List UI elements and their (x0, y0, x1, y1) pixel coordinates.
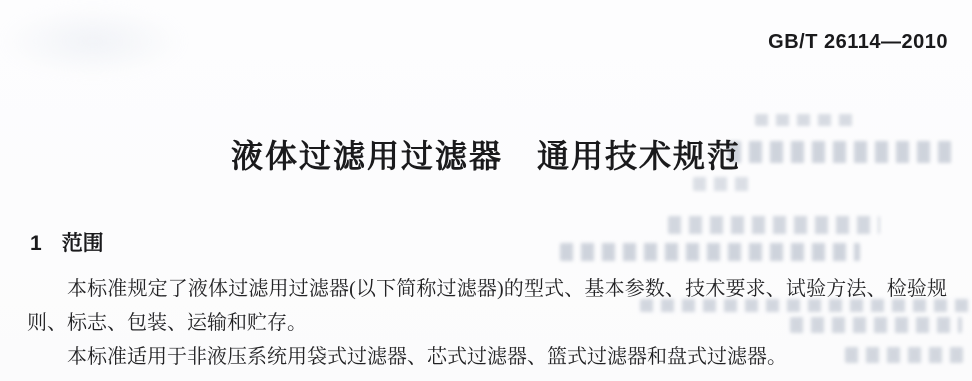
document-page: GB/T 26114—2010 液体过滤用过滤器 通用技术规范 1范围 本标准规… (0, 0, 972, 381)
document-title: 液体过滤用过滤器 通用技术规范 (0, 131, 972, 177)
section-number: 1 (30, 232, 42, 255)
scope-paragraph-1: 本标准规定了液体过滤用过滤器(以下简称过滤器)的型式、基本参数、技术要求、试验方… (27, 272, 947, 340)
bleed-through-ghost (560, 243, 860, 261)
scope-body: 本标准规定了液体过滤用过滤器(以下简称过滤器)的型式、基本参数、技术要求、试验方… (27, 272, 947, 374)
bleed-through-ghost (755, 114, 855, 126)
bleed-through-ghost (668, 216, 880, 234)
standard-number: GB/T 26114—2010 (768, 31, 948, 54)
scope-paragraph-2: 本标准适用于非液压系统用袋式过滤器、芯式过滤器、篮式过滤器和盘式过滤器。 (27, 340, 947, 374)
scan-noise-blob (0, 5, 185, 77)
bleed-through-ghost (693, 177, 755, 191)
section-heading: 1范围 (30, 227, 104, 257)
section-title: 范围 (62, 232, 104, 255)
